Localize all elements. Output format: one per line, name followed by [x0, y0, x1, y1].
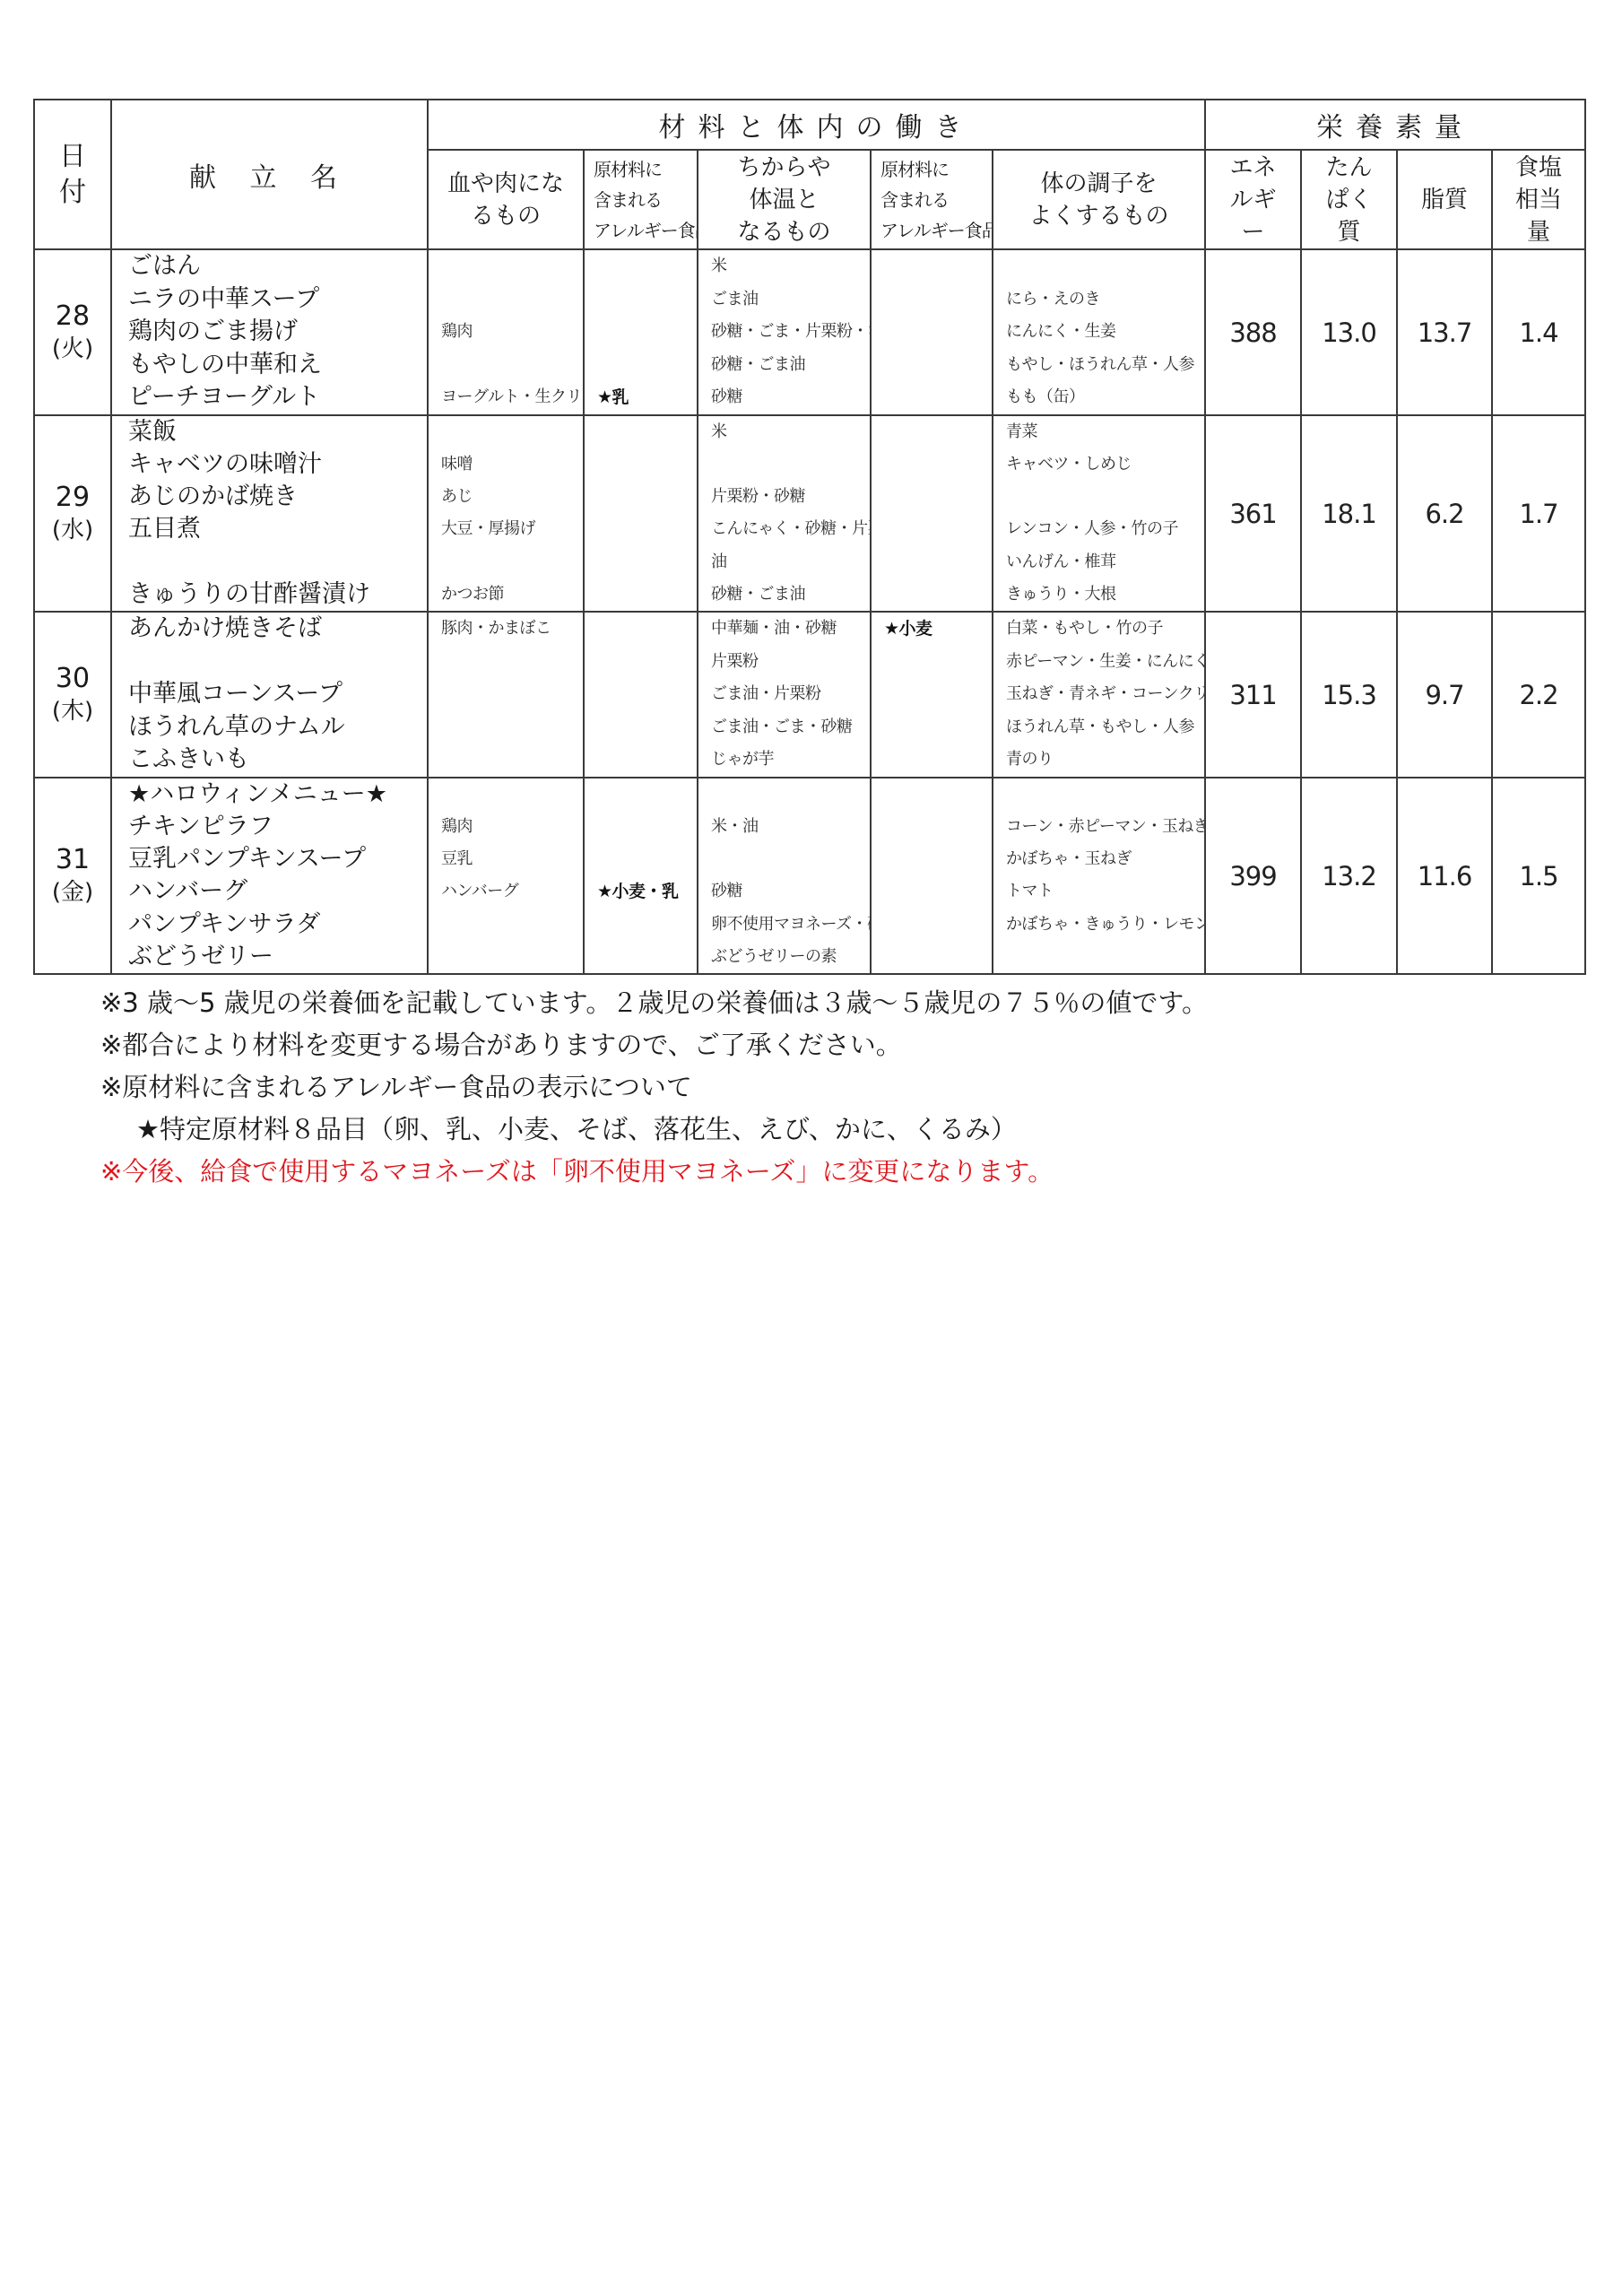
header-line: 食塩	[1493, 152, 1584, 184]
blood-meat-ingredient	[441, 546, 583, 578]
body-condition-ingredient: にら・えのき	[1006, 283, 1204, 317]
blood-meat-ingredient	[441, 941, 583, 973]
allergen-item	[884, 416, 992, 448]
body-condition-ingredient: ほうれん草・もやし・人参	[1006, 711, 1204, 744]
allergen1-cell	[584, 612, 698, 778]
blood-meat-ingredient	[441, 283, 583, 317]
allergen-item	[884, 513, 992, 545]
allergen-item	[884, 678, 992, 711]
weekday: (金)	[35, 876, 110, 909]
energy-source-ingredient	[711, 448, 870, 481]
blood-meat-ingredient	[441, 711, 583, 744]
body-condition-ingredient: レンコン・人参・竹の子	[1006, 513, 1204, 545]
body-condition-ingredient	[1006, 778, 1204, 811]
energy-source-ingredient: こんにゃく・砂糖・片栗粉	[711, 513, 870, 545]
allergen-item	[884, 909, 992, 941]
blood-meat-ingredient	[441, 416, 583, 448]
menu-item: パンプキンサラダ	[128, 909, 427, 941]
fat-value: 9.7	[1397, 612, 1492, 778]
body-condition-ingredient: かぼちゃ・きゅうり・レモン	[1006, 909, 1204, 941]
allergen-item	[597, 678, 697, 711]
blood-meat-ingredient: 豆乳	[441, 843, 583, 875]
menu-item: ほうれん草のナムル	[128, 711, 427, 744]
allergen1-cell: ★小麦・乳	[584, 778, 698, 974]
energy-source-ingredient: 砂糖	[711, 381, 870, 414]
table-row: 28(火)ごはんニラの中華スープ鶏肉のごま揚げもやしの中華和えピーチヨーグルト鶏…	[34, 249, 1585, 415]
body-condition-ingredient: もも（缶）	[1006, 381, 1204, 414]
energy-source-ingredient: 砂糖	[711, 875, 870, 908]
fat-value: 6.2	[1397, 415, 1492, 612]
body-condition-ingredient	[1006, 941, 1204, 973]
body-condition-ingredient: にんにく・生姜	[1006, 316, 1204, 349]
blood-meat-ingredient: 大豆・厚揚げ	[441, 513, 583, 545]
allergen-item	[597, 843, 697, 875]
energy-value: 388	[1205, 249, 1301, 415]
menu-item	[128, 646, 427, 679]
body-condition-ingredient: かぼちゃ・玉ねぎ	[1006, 843, 1204, 875]
menu-item: 鶏肉のごま揚げ	[128, 316, 427, 349]
energy-source-ingredient: ぶどうゼリーの素	[711, 941, 870, 973]
table-row: 30(木)あんかけ焼きそば中華風コーンスープほうれん草のナムルこふきいも豚肉・か…	[34, 612, 1585, 778]
menu-item: 五目煮	[128, 513, 427, 545]
header-line: たん	[1302, 152, 1396, 184]
blood-meat-cell: 豚肉・かまぼこ	[428, 612, 584, 778]
energy-source-cell: 米ごま油砂糖・ごま・片栗粉・油砂糖・ごま油砂糖	[698, 249, 871, 415]
protein-value: 13.0	[1301, 249, 1397, 415]
date-column-header: 日 付	[34, 100, 111, 249]
salt-value: 1.5	[1492, 778, 1585, 974]
body-condition-header: 体の調子を よくするもの	[993, 150, 1205, 249]
energy-source-cell: 中華麺・油・砂糖片栗粉ごま油・片栗粉ごま油・ごま・砂糖じゃが芋	[698, 612, 871, 778]
menu-item: 菜飯	[128, 416, 427, 448]
allergen-item	[597, 744, 697, 777]
header-line: なるもの	[698, 216, 870, 248]
body-condition-ingredient: コーン・赤ピーマン・玉ねぎ	[1006, 811, 1204, 843]
blood-meat-ingredient	[441, 744, 583, 777]
protein-value: 15.3	[1301, 612, 1397, 778]
blood-meat-ingredient: 鶏肉	[441, 811, 583, 843]
fat-value: 13.7	[1397, 249, 1492, 415]
allergen2-cell	[871, 778, 993, 974]
menu-column-header: 献 立 名	[111, 100, 428, 249]
menu-item: ぶどうゼリー	[128, 941, 427, 973]
energy-value: 311	[1205, 612, 1301, 778]
note-allergen-display: ※原材料に含まれるアレルギー食品の表示について	[100, 1066, 1208, 1109]
allergen-item	[884, 941, 992, 973]
salt-header: 食塩 相当 量	[1492, 150, 1585, 249]
date-cell: 28(火)	[34, 249, 111, 415]
date-header-line: 付	[35, 175, 110, 211]
allergen-item	[884, 811, 992, 843]
allergen1-cell: ★乳	[584, 249, 698, 415]
allergen-item	[884, 546, 992, 578]
allergen-item: ★乳	[597, 381, 697, 414]
body-condition-ingredient: 青のり	[1006, 744, 1204, 777]
energy-source-ingredient: 砂糖・ごま油	[711, 578, 870, 611]
fat-header: 脂質	[1397, 150, 1492, 249]
allergen-header-1: 原材料に 含まれる アレルギー食品	[584, 150, 698, 249]
protein-header: たん ぱく 質	[1301, 150, 1397, 249]
blood-meat-header: 血や肉にな るもの	[428, 150, 584, 249]
header-line: アレルギー食品	[880, 215, 992, 246]
body-condition-ingredient: 玉ねぎ・青ネギ・コーンクリーム	[1006, 678, 1204, 711]
body-condition-cell: 白菜・もやし・竹の子赤ピーマン・生姜・にんにく玉ねぎ・青ネギ・コーンクリームほう…	[993, 612, 1205, 778]
notes-section: ※3 歳～5 歳児の栄養価を記載しています。２歳児の栄養価は３歳～５歳児の７５％…	[100, 982, 1208, 1193]
protein-value: 18.1	[1301, 415, 1397, 612]
body-condition-ingredient: きゅうり・大根	[1006, 578, 1204, 611]
allergen-item	[884, 578, 992, 611]
allergen-item	[884, 744, 992, 777]
allergen-item	[884, 250, 992, 283]
blood-meat-ingredient	[441, 778, 583, 811]
menu-cell: ごはんニラの中華スープ鶏肉のごま揚げもやしの中華和えピーチヨーグルト	[111, 249, 428, 415]
blood-meat-ingredient	[441, 349, 583, 382]
body-condition-ingredient: トマト	[1006, 875, 1204, 908]
blood-meat-ingredient: かつお節	[441, 578, 583, 611]
table-row: 31(金)★ハロウィンメニュー★チキンピラフ豆乳パンプキンスープハンバーグパンプ…	[34, 778, 1585, 974]
energy-value: 361	[1205, 415, 1301, 612]
allergen2-cell	[871, 415, 993, 612]
menu-item	[128, 546, 427, 578]
menu-item: ニラの中華スープ	[128, 283, 427, 317]
energy-source-ingredient: 米・油	[711, 811, 870, 843]
allergen-item	[597, 546, 697, 578]
allergen-item	[884, 481, 992, 513]
weekday: (火)	[35, 333, 110, 365]
blood-meat-ingredient: ハンバーグ	[441, 875, 583, 908]
day-number: 31	[56, 844, 90, 875]
energy-source-ingredient: 片栗粉・砂糖	[711, 481, 870, 513]
ingredients-group-header: 材料と体内の働き	[428, 100, 1205, 150]
header-line: 体温と	[698, 184, 870, 216]
allergen-item	[597, 349, 697, 382]
allergen-item	[597, 941, 697, 973]
allergen-item	[597, 778, 697, 811]
energy-source-ingredient: 砂糖・ごま・片栗粉・油	[711, 316, 870, 349]
blood-meat-cell: 味噌あじ大豆・厚揚げかつお節	[428, 415, 584, 612]
body-condition-ingredient	[1006, 250, 1204, 283]
allergen-item	[597, 578, 697, 611]
menu-item: チキンピラフ	[128, 811, 427, 843]
allergen-item	[884, 875, 992, 908]
date-header-line: 日	[35, 139, 110, 175]
menu-cell: あんかけ焼きそば中華風コーンスープほうれん草のナムルこふきいも	[111, 612, 428, 778]
allergen-item	[597, 646, 697, 679]
energy-source-ingredient: 卵不使用マヨネーズ・砂糖	[711, 909, 870, 941]
allergen2-cell: ★小麦	[871, 612, 993, 778]
header-line: 量	[1493, 216, 1584, 248]
allergen-item	[884, 646, 992, 679]
allergen-item	[884, 843, 992, 875]
menu-item: ピーチヨーグルト	[128, 381, 427, 414]
day-number: 30	[56, 663, 90, 694]
header-line: るもの	[429, 200, 583, 232]
day-number: 29	[56, 482, 90, 513]
energy-source-ingredient: 砂糖・ごま油	[711, 349, 870, 382]
salt-value: 1.7	[1492, 415, 1585, 612]
energy-source-ingredient: ごま油・片栗粉	[711, 678, 870, 711]
energy-source-ingredient: 片栗粉	[711, 646, 870, 679]
menu-item: こふきいも	[128, 744, 427, 777]
blood-meat-ingredient: 鶏肉	[441, 316, 583, 349]
blood-meat-cell: 鶏肉ヨーグルト・生クリーム	[428, 249, 584, 415]
header-line: 体の調子を	[993, 168, 1204, 200]
header-line: 原材料に	[880, 154, 992, 185]
menu-item: あじのかば焼き	[128, 481, 427, 513]
allergen-item	[597, 316, 697, 349]
note-nutrition-age: ※3 歳～5 歳児の栄養価を記載しています。２歳児の栄養価は３歳～５歳児の７５％…	[100, 982, 1208, 1024]
allergen-item	[597, 250, 697, 283]
allergen-item	[884, 711, 992, 744]
date-cell: 29(水)	[34, 415, 111, 612]
menu-item: ごはん	[128, 250, 427, 283]
note-mayonnaise-change: ※今後、給食で使用するマヨネーズは「卵不使用マヨネーズ」に変更になります。	[100, 1151, 1208, 1193]
note-ingredient-change: ※都合により材料を変更する場合がありますので、ご了承ください。	[100, 1024, 1208, 1066]
energy-source-cell: 米片栗粉・砂糖こんにゃく・砂糖・片栗粉油砂糖・ごま油	[698, 415, 871, 612]
blood-meat-ingredient	[441, 678, 583, 711]
energy-source-ingredient: 中華麺・油・砂糖	[711, 613, 870, 646]
energy-source-header: ちからや 体温と なるもの	[698, 150, 871, 249]
nutrition-group-header: 栄養素量	[1205, 100, 1585, 150]
header-line: 含まれる	[594, 185, 697, 215]
salt-value: 1.4	[1492, 249, 1585, 415]
allergen-item	[884, 349, 992, 382]
header-line: 含まれる	[880, 185, 992, 215]
blood-meat-cell: 鶏肉豆乳ハンバーグ	[428, 778, 584, 974]
fat-value: 11.6	[1397, 778, 1492, 974]
energy-source-ingredient	[711, 778, 870, 811]
header-line: 質	[1302, 216, 1396, 248]
allergen-item	[597, 448, 697, 481]
header-line: 原材料に	[594, 154, 697, 185]
allergen-item	[597, 416, 697, 448]
menu-item: キャベツの味噌汁	[128, 448, 427, 481]
weekday: (木)	[35, 695, 110, 727]
menu-item: ハンバーグ	[128, 875, 427, 908]
body-condition-ingredient: 青菜	[1006, 416, 1204, 448]
allergen-item	[597, 909, 697, 941]
protein-value: 13.2	[1301, 778, 1397, 974]
energy-header: エネ ルギ ー	[1205, 150, 1301, 249]
header-line: よくするもの	[993, 200, 1204, 232]
energy-source-ingredient: ごま油	[711, 283, 870, 317]
menu-cell: 菜飯キャベツの味噌汁あじのかば焼き五目煮きゅうりの甘酢醤漬け	[111, 415, 428, 612]
header-line: 血や肉にな	[429, 168, 583, 200]
body-condition-ingredient	[1006, 481, 1204, 513]
menu-item: あんかけ焼きそば	[128, 613, 427, 646]
blood-meat-ingredient	[441, 250, 583, 283]
header-line: ルギ	[1206, 184, 1300, 216]
allergen1-cell	[584, 415, 698, 612]
body-condition-cell: コーン・赤ピーマン・玉ねぎかぼちゃ・玉ねぎトマトかぼちゃ・きゅうり・レモン	[993, 778, 1205, 974]
header-line: ー	[1206, 216, 1300, 248]
menu-item: ★ハロウィンメニュー★	[128, 778, 427, 811]
menu-item: 豆乳パンプキンスープ	[128, 843, 427, 875]
allergen-item	[597, 283, 697, 317]
note-specific-allergens: ★特定原材料８品目（卵、乳、小麦、そば、落花生、えび、かに、くるみ）	[100, 1109, 1208, 1151]
menu-item: きゅうりの甘酢醤漬け	[128, 578, 427, 611]
allergen-item	[884, 316, 992, 349]
allergen-item	[597, 481, 697, 513]
menu-cell: ★ハロウィンメニュー★チキンピラフ豆乳パンプキンスープハンバーグパンプキンサラダ…	[111, 778, 428, 974]
energy-source-ingredient: 米	[711, 416, 870, 448]
allergen-item	[597, 513, 697, 545]
allergen-item	[597, 613, 697, 646]
allergen2-cell	[871, 249, 993, 415]
body-condition-ingredient: キャベツ・しめじ	[1006, 448, 1204, 481]
day-number: 28	[56, 300, 90, 332]
allergen-item	[597, 711, 697, 744]
school-lunch-menu-table: 日 付 献 立 名 材料と体内の働き 栄養素量 血や肉にな るもの 原材料に 含…	[33, 99, 1586, 975]
body-condition-ingredient: もやし・ほうれん草・人参	[1006, 349, 1204, 382]
salt-value: 2.2	[1492, 612, 1585, 778]
energy-source-cell: 米・油砂糖卵不使用マヨネーズ・砂糖ぶどうゼリーの素	[698, 778, 871, 974]
body-condition-ingredient: 白菜・もやし・竹の子	[1006, 613, 1204, 646]
header-line: エネ	[1206, 152, 1300, 184]
blood-meat-ingredient: 味噌	[441, 448, 583, 481]
energy-value: 399	[1205, 778, 1301, 974]
body-condition-cell: にら・えのきにんにく・生姜もやし・ほうれん草・人参もも（缶）	[993, 249, 1205, 415]
allergen-item: ★小麦・乳	[597, 875, 697, 908]
table-row: 29(水)菜飯キャベツの味噌汁あじのかば焼き五目煮きゅうりの甘酢醤漬け味噌あじ大…	[34, 415, 1585, 612]
blood-meat-ingredient: ヨーグルト・生クリーム	[441, 381, 583, 414]
header-line: ぱく	[1302, 184, 1396, 216]
date-cell: 30(木)	[34, 612, 111, 778]
date-cell: 31(金)	[34, 778, 111, 974]
body-condition-cell: 青菜キャベツ・しめじレンコン・人参・竹の子いんげん・椎茸きゅうり・大根	[993, 415, 1205, 612]
allergen-item: ★小麦	[884, 613, 992, 646]
allergen-item	[884, 778, 992, 811]
energy-source-ingredient: 油	[711, 546, 870, 578]
allergen-item	[884, 283, 992, 317]
blood-meat-ingredient	[441, 646, 583, 679]
energy-source-ingredient	[711, 843, 870, 875]
table-header: 日 付 献 立 名 材料と体内の働き 栄養素量 血や肉にな るもの 原材料に 含…	[34, 100, 1585, 249]
energy-source-ingredient: 米	[711, 250, 870, 283]
header-line: 相当	[1493, 184, 1584, 216]
header-line: アレルギー食品	[594, 215, 697, 246]
allergen-item	[597, 811, 697, 843]
allergen-item	[884, 448, 992, 481]
blood-meat-ingredient: あじ	[441, 481, 583, 513]
header-line: ちからや	[698, 152, 870, 184]
allergen-header-2: 原材料に 含まれる アレルギー食品	[871, 150, 993, 249]
menu-item: 中華風コーンスープ	[128, 678, 427, 711]
weekday: (水)	[35, 514, 110, 546]
blood-meat-ingredient: 豚肉・かまぼこ	[441, 613, 583, 646]
body-condition-ingredient: いんげん・椎茸	[1006, 546, 1204, 578]
menu-item: もやしの中華和え	[128, 349, 427, 382]
allergen-item	[884, 381, 992, 414]
energy-source-ingredient: ごま油・ごま・砂糖	[711, 711, 870, 744]
table-body: 28(火)ごはんニラの中華スープ鶏肉のごま揚げもやしの中華和えピーチヨーグルト鶏…	[34, 249, 1585, 974]
blood-meat-ingredient	[441, 909, 583, 941]
energy-source-ingredient: じゃが芋	[711, 744, 870, 777]
body-condition-ingredient: 赤ピーマン・生姜・にんにく	[1006, 646, 1204, 679]
